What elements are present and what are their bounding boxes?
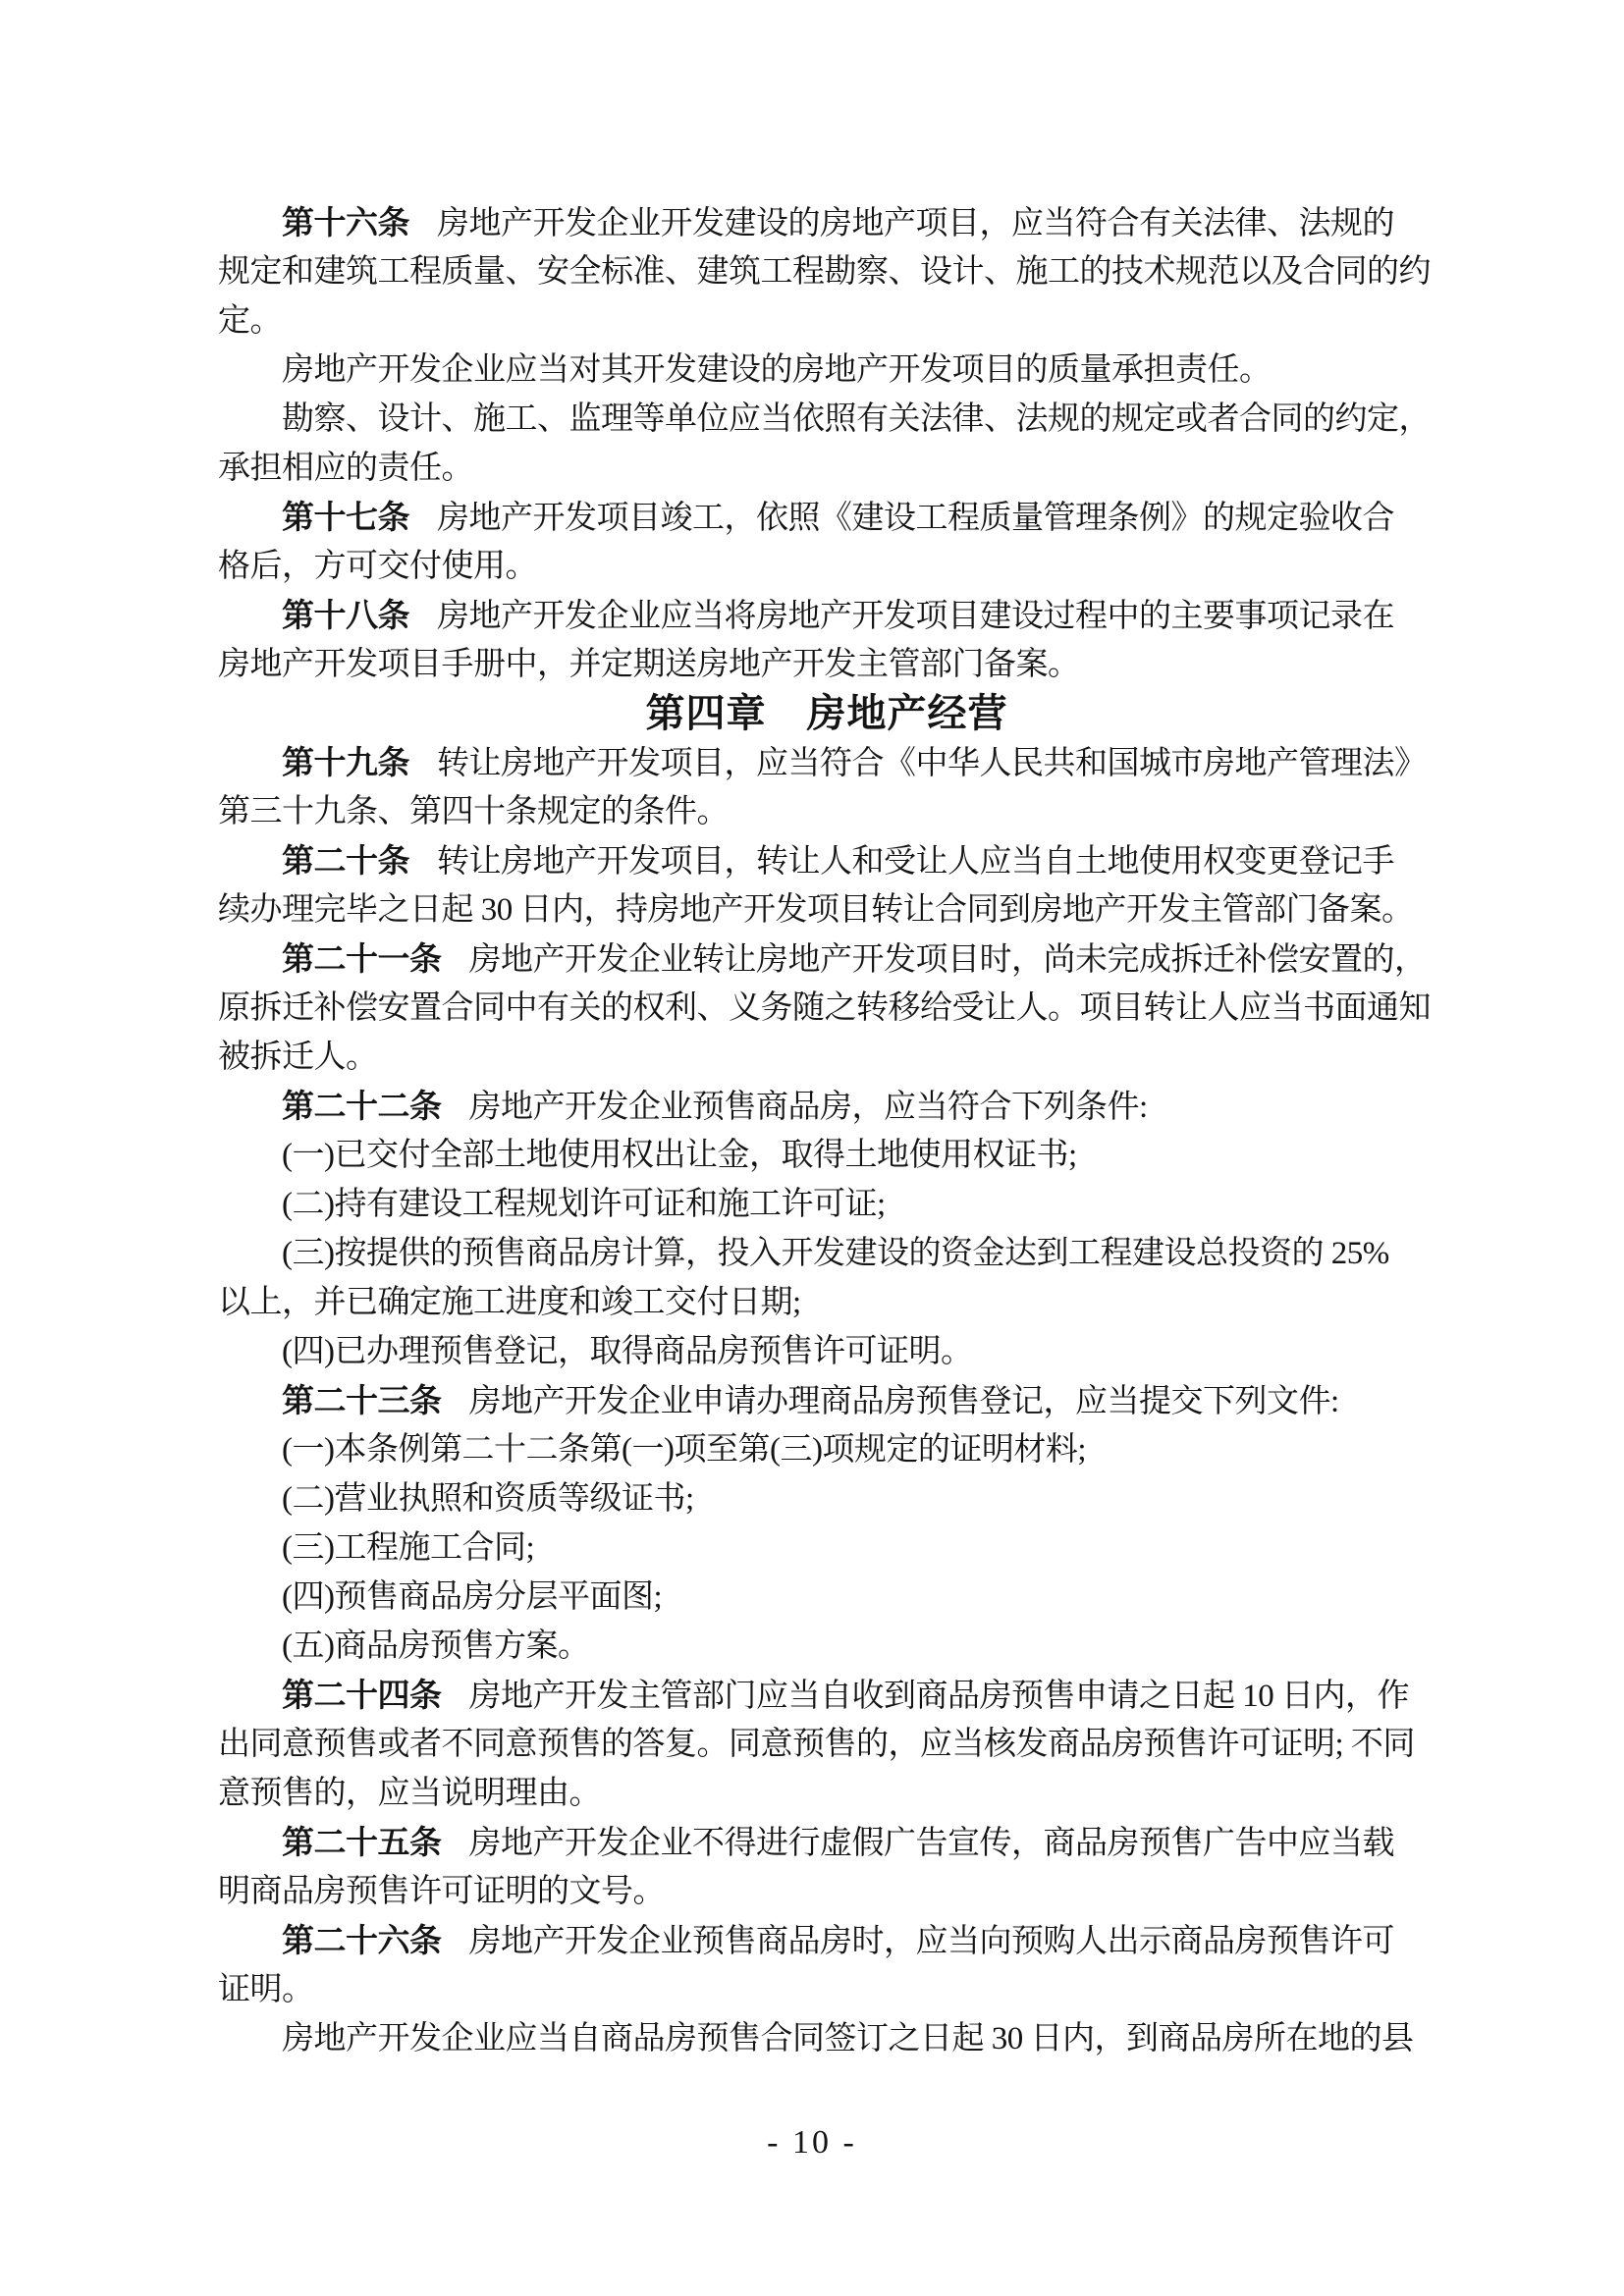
article-number: 第二十五条 bbox=[282, 1824, 442, 1860]
line-text: 房地产开发企业开发建设的房地产项目，应当符合有关法律、法规的 bbox=[437, 206, 1394, 241]
document-line: 第二十五条房地产开发企业不得进行虚假广告宣传，商品房预售广告中应当载 bbox=[218, 1818, 1435, 1867]
document-line: (一)已交付全部土地使用权出让金，取得土地使用权证书; bbox=[218, 1131, 1435, 1180]
line-text: (四)预售商品房分层平面图; bbox=[282, 1579, 662, 1615]
document-page: 第十六条房地产开发企业开发建设的房地产项目，应当符合有关法律、法规的 规定和建筑… bbox=[0, 0, 1624, 2296]
line-text: 房地产开发企业应当对其开发建设的房地产开发项目的质量承担责任。 bbox=[282, 352, 1272, 388]
document-line: 续办理完毕之日起 30 日内，持房地产开发项目转让合同到房地产开发主管部门备案。 bbox=[218, 885, 1435, 934]
document-line: 第二十三条房地产开发企业申请办理商品房预售登记，应当提交下列文件: bbox=[218, 1376, 1435, 1425]
line-text: 原拆迁补偿安置合同中有关的权利、义务随之转移给受让人。项目转让人应当书面通知 bbox=[218, 990, 1431, 1026]
document-line: 规定和建筑工程质量、安全标准、建筑工程勘察、设计、施工的技术规范以及合同的约 bbox=[218, 247, 1435, 296]
article-number: 第十七条 bbox=[282, 499, 409, 535]
line-text: 定。 bbox=[218, 303, 282, 339]
line-text: (四)已办理预售登记，取得商品房预售许可证明。 bbox=[282, 1334, 972, 1369]
line-text: 转让房地产开发项目，应当符合《中华人民共和国城市房地产管理法》 bbox=[437, 746, 1427, 781]
line-text: 转让房地产开发项目，转让人和受让人应当自土地使用权变更登记手 bbox=[437, 844, 1394, 880]
line-text: (二)持有建设工程规划许可证和施工许可证; bbox=[282, 1187, 886, 1222]
document-line: 第十七条房地产开发项目竣工，依照《建设工程质量管理条例》的规定验收合 bbox=[218, 493, 1435, 542]
document-body: 第十六条房地产开发企业开发建设的房地产项目，应当符合有关法律、法规的 规定和建筑… bbox=[218, 198, 1435, 2063]
line-text: 出同意预售或者不同意预售的答复。同意预售的，应当核发商品房预售许可证明; 不同 bbox=[218, 1727, 1415, 1762]
document-line: 房地产开发企业应当对其开发建设的房地产开发项目的质量承担责任。 bbox=[218, 346, 1435, 395]
line-text: (一)本条例第二十二条第(一)项至第(三)项规定的证明材料; bbox=[282, 1432, 1086, 1468]
document-line: (三)工程施工合同; bbox=[218, 1523, 1435, 1573]
line-text: 房地产开发企业预售商品房，应当符合下列条件: bbox=[469, 1090, 1148, 1125]
document-line: 出同意预售或者不同意预售的答复。同意预售的，应当核发商品房预售许可证明; 不同 bbox=[218, 1720, 1435, 1769]
line-text: 房地产开发企业应当自商品房预售合同签订之日起 30 日内，到商品房所在地的县 bbox=[282, 2021, 1414, 2056]
document-line: 第十八条房地产开发企业应当将房地产开发项目建设过程中的主要事项记录在 bbox=[218, 591, 1435, 640]
article-number: 第二十二条 bbox=[282, 1088, 442, 1124]
document-line: 被拆迁人。 bbox=[218, 1033, 1435, 1082]
article-number: 第二十三条 bbox=[282, 1382, 442, 1418]
document-line: 第二十一条房地产开发企业转让房地产开发项目时，尚未完成拆迁补偿安置的， bbox=[218, 934, 1435, 984]
line-text: 房地产开发企业转让房地产开发项目时，尚未完成拆迁补偿安置的， bbox=[469, 942, 1427, 978]
line-text: 房地产开发企业申请办理商品房预售登记，应当提交下列文件: bbox=[469, 1384, 1339, 1419]
line-text: (一)已交付全部土地使用权出让金，取得土地使用权证书; bbox=[282, 1138, 1077, 1173]
article-number: 第二十四条 bbox=[282, 1677, 442, 1713]
document-line: 意预售的，应当说明理由。 bbox=[218, 1769, 1435, 1818]
document-line: (三)按提供的预售商品房计算，投入开发建设的资金达到工程建设总投资的 25% bbox=[218, 1229, 1435, 1278]
article-number: 第二十条 bbox=[282, 842, 409, 879]
document-line: 承担相应的责任。 bbox=[218, 444, 1435, 493]
line-text: 承担相应的责任。 bbox=[218, 451, 473, 486]
document-line: (一)本条例第二十二条第(一)项至第(三)项规定的证明材料; bbox=[218, 1425, 1435, 1474]
article-number: 第二十六条 bbox=[282, 1922, 442, 1958]
article-number: 第二十一条 bbox=[282, 940, 442, 977]
line-text: 以上，并已确定施工进度和竣工交付日期; bbox=[218, 1285, 801, 1320]
document-line: 格后，方可交付使用。 bbox=[218, 542, 1435, 591]
document-line: (四)已办理预售登记，取得商品房预售许可证明。 bbox=[218, 1327, 1435, 1376]
line-text: 房地产开发项目竣工，依照《建设工程质量管理条例》的规定验收合 bbox=[437, 501, 1394, 536]
document-line: 第二十六条房地产开发企业预售商品房时，应当向预购人出示商品房预售许可 bbox=[218, 1916, 1435, 1965]
line-text: 被拆迁人。 bbox=[218, 1040, 378, 1075]
document-line: (五)商品房预售方案。 bbox=[218, 1622, 1435, 1671]
document-line: 第十六条房地产开发企业开发建设的房地产项目，应当符合有关法律、法规的 bbox=[218, 198, 1435, 247]
article-number: 第十六条 bbox=[282, 204, 409, 240]
line-text: 勘察、设计、施工、监理等单位应当依照有关法律、法规的规定或者合同的约定， bbox=[282, 401, 1431, 437]
document-line: 以上，并已确定施工进度和竣工交付日期; bbox=[218, 1278, 1435, 1327]
document-line: 第二十条转让房地产开发项目，转让人和受让人应当自土地使用权变更登记手 bbox=[218, 836, 1435, 885]
document-line: (二)持有建设工程规划许可证和施工许可证; bbox=[218, 1180, 1435, 1229]
line-text: 第三十九条、第四十条规定的条件。 bbox=[218, 794, 729, 829]
line-text: 房地产开发企业应当将房地产开发项目建设过程中的主要事项记录在 bbox=[437, 599, 1394, 634]
document-line: 第二十四条房地产开发主管部门应当自收到商品房预售申请之日起 10 日内，作 bbox=[218, 1671, 1435, 1720]
line-text: (五)商品房预售方案。 bbox=[282, 1629, 589, 1664]
article-number: 第十八条 bbox=[282, 597, 409, 633]
line-text: 明商品房预售许可证明的文号。 bbox=[218, 1874, 665, 1909]
line-text: 意预售的，应当说明理由。 bbox=[218, 1776, 601, 1811]
document-line: (二)营业执照和资质等级证书; bbox=[218, 1474, 1435, 1523]
document-line: 房地产开发项目手册中，并定期送房地产开发主管部门备案。 bbox=[218, 640, 1435, 689]
document-line: 原拆迁补偿安置合同中有关的权利、义务随之转移给受让人。项目转让人应当书面通知 bbox=[218, 984, 1435, 1033]
page-number: - 10 - bbox=[767, 2124, 857, 2161]
line-text: 规定和建筑工程质量、安全标准、建筑工程勘察、设计、施工的技术规范以及合同的约 bbox=[218, 254, 1431, 290]
chapter-heading: 第四章 房地产经营 bbox=[218, 689, 1435, 738]
line-text: 房地产开发企业预售商品房时，应当向预购人出示商品房预售许可 bbox=[469, 1924, 1395, 1959]
document-line: 第十九条转让房地产开发项目，应当符合《中华人民共和国城市房地产管理法》 bbox=[218, 738, 1435, 787]
line-text: (三)按提供的预售商品房计算，投入开发建设的资金达到工程建设总投资的 25% bbox=[282, 1236, 1389, 1271]
line-text: (二)营业执照和资质等级证书; bbox=[282, 1481, 694, 1517]
line-text: 房地产开发企业不得进行虚假广告宣传，商品房预售广告中应当载 bbox=[469, 1826, 1395, 1861]
document-line: 明商品房预售许可证明的文号。 bbox=[218, 1867, 1435, 1916]
document-line: 定。 bbox=[218, 296, 1435, 346]
document-line: (四)预售商品房分层平面图; bbox=[218, 1573, 1435, 1622]
line-text: 证明。 bbox=[218, 1972, 314, 2007]
document-line: 勘察、设计、施工、监理等单位应当依照有关法律、法规的规定或者合同的约定， bbox=[218, 395, 1435, 444]
line-text: 房地产开发主管部门应当自收到商品房预售申请之日起 10 日内，作 bbox=[469, 1679, 1410, 1714]
document-line: 证明。 bbox=[218, 1965, 1435, 2014]
line-text: 续办理完毕之日起 30 日内，持房地产开发项目转让合同到房地产开发主管部门备案。 bbox=[218, 892, 1414, 928]
article-number: 第十九条 bbox=[282, 744, 409, 780]
line-text: 格后，方可交付使用。 bbox=[218, 549, 537, 584]
document-line: 第二十二条房地产开发企业预售商品房，应当符合下列条件: bbox=[218, 1082, 1435, 1131]
line-text: 第四章 房地产经营 bbox=[646, 692, 1008, 735]
line-text: 房地产开发项目手册中，并定期送房地产开发主管部门备案。 bbox=[218, 647, 1080, 682]
document-line: 房地产开发企业应当自商品房预售合同签订之日起 30 日内，到商品房所在地的县 bbox=[218, 2014, 1435, 2063]
page-footer: - 10 - bbox=[0, 2118, 1624, 2167]
line-text: (三)工程施工合同; bbox=[282, 1530, 534, 1566]
document-line: 第三十九条、第四十条规定的条件。 bbox=[218, 787, 1435, 836]
